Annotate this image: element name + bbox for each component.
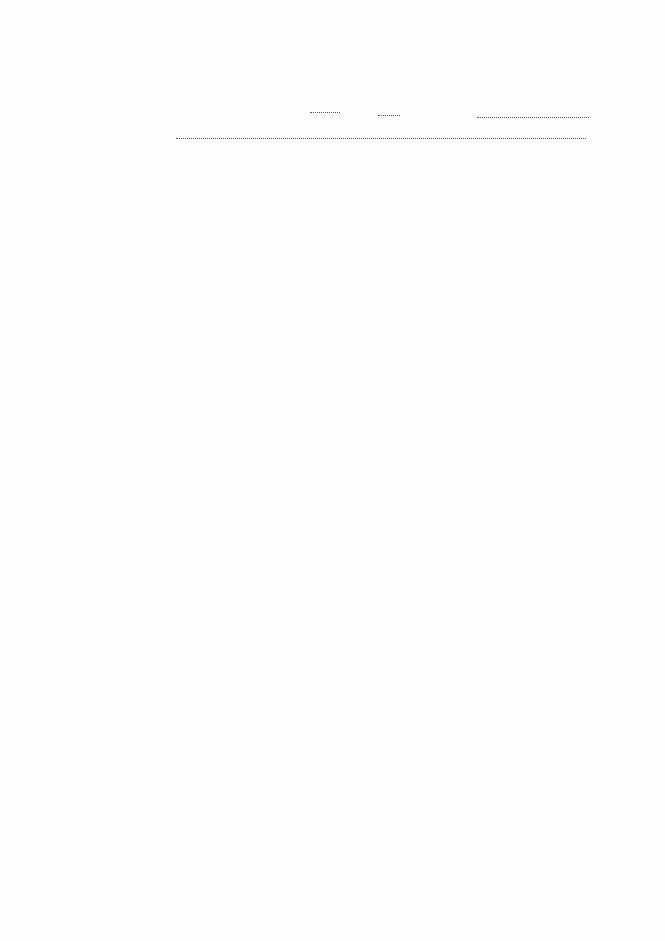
title-field[interactable] [176, 138, 586, 139]
declaration-page [0, 0, 665, 941]
dotted-line [310, 112, 340, 113]
dotted-line [378, 115, 400, 116]
value-field[interactable] [477, 117, 589, 118]
